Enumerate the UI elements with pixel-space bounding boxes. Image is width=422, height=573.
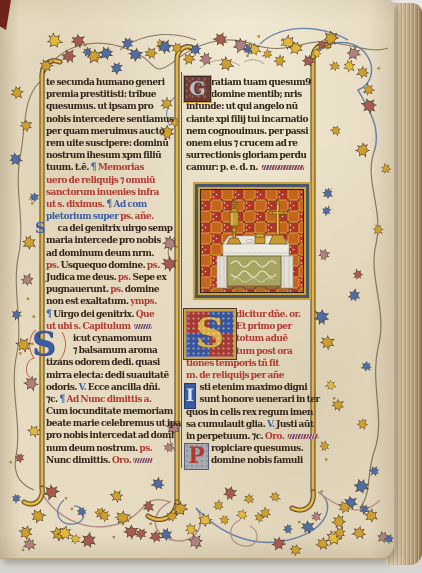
- text-line: nostrum ihesum xpm filiū: [46, 150, 167, 162]
- text-segment: ⁊ balsamum aroma: [73, 345, 157, 356]
- text-segment: infunde: ut qui angelo nū: [186, 101, 298, 112]
- initial-letter: S: [196, 310, 225, 357]
- initial-letter: G: [189, 78, 205, 100]
- text-segment: mirra electa: dedi suauitatē: [46, 370, 169, 381]
- text-segment: Uirgo dei genitrix.: [52, 309, 136, 320]
- text-line: ciante xpi filij tui incarnatio: [186, 114, 307, 126]
- text-line: ut s. diximus. ¶ Ad com: [46, 199, 167, 211]
- text-segment: per quam meruimus aucto: [46, 126, 164, 137]
- text-line: infunde: ut qui angelo nū: [186, 101, 307, 113]
- text-segment: Oro.: [265, 431, 286, 442]
- text-line: sanctorum inuenies infra: [46, 187, 167, 199]
- text-line: pletorium super ps. añe.: [46, 211, 167, 223]
- line-filler: [262, 165, 304, 170]
- text-line: nobis intercedere sentiamus: [46, 114, 167, 126]
- text-line: per quam meruimus aucto: [46, 126, 167, 138]
- text-line: quesumus. ut ipsam pro: [46, 101, 167, 113]
- text-segment: Ad Nunc dimittis a.: [65, 394, 152, 405]
- initial-P-propiciare: P: [184, 443, 209, 470]
- initial-letter: P: [188, 443, 205, 469]
- text-line: ca dei genitrix uirgo semp: [46, 223, 167, 235]
- text-segment: icut cynamomum: [73, 333, 152, 344]
- text-segment: sti etenim maximo digni: [199, 382, 307, 393]
- text-line: nem cognouimus. per passi: [186, 126, 307, 138]
- text-segment: te secunda humano generi: [46, 77, 165, 88]
- text-line: maria intercede pro nobis: [46, 235, 167, 247]
- text-line: ⁊ balsamum aroma: [46, 345, 167, 357]
- text-segment: ropiciare quesumus.: [211, 443, 303, 454]
- text-segment: ps.: [46, 260, 61, 271]
- text-line: odoris. V. Ecce ancilla dñi.: [46, 382, 167, 394]
- text-segment: nem cognouimus. per passi: [186, 126, 308, 137]
- text-segment: Sepe ex: [132, 272, 166, 283]
- text-line: Cum iocunditate memoriam: [46, 406, 167, 418]
- text-segment: ad dominum deum nrm.: [46, 248, 154, 259]
- initial-I-isti: I: [184, 383, 196, 409]
- text-segment: m. de reliquijs per añe: [186, 370, 284, 381]
- text-segment: sunt honore uenerari in ter: [199, 394, 319, 405]
- text-segment: Justi aūt: [276, 419, 313, 430]
- text-segment: ps.: [118, 272, 133, 283]
- text-segment: premia prestitisti: tribue: [46, 89, 156, 100]
- text-segment: quesumus. ut ipsam pro: [46, 101, 153, 112]
- text-line: pugnauerunt. ps. domine: [46, 284, 167, 296]
- text-segment: ymps.: [130, 296, 157, 307]
- text-segment: quos in celis rex regum imen: [186, 407, 313, 418]
- manuscript-page: te secunda humano generipremia prestitis…: [0, 0, 394, 559]
- text-segment: ut s. diximus.: [46, 199, 106, 210]
- text-segment: uero de reliquijs ⁊ omniū: [46, 175, 155, 186]
- text-line: sa cumulauit glia. V. Justi aūt: [186, 419, 307, 431]
- text-segment: dicitur dñe. or.: [236, 309, 301, 320]
- text-segment: pletorium super: [46, 211, 120, 222]
- text-line: non est exaltatum. ymps.: [46, 296, 167, 308]
- text-segment: in perpetuum. ⁊c.: [186, 431, 265, 442]
- text-segment: ca dei genitrix uirgo semp: [58, 223, 173, 234]
- text-line: icut cynamomum: [46, 333, 167, 345]
- line-filler: [288, 434, 319, 439]
- altar-miniature: [193, 182, 311, 300]
- text-segment: tum post ora: [236, 346, 292, 357]
- text-segment: Usquequo domine.: [61, 260, 147, 271]
- initial-letter: S: [35, 219, 46, 237]
- text-segment: ratiam tuam quesum9: [211, 77, 311, 88]
- text-segment: Nunc dimittis.: [46, 455, 112, 466]
- text-line: sti etenim maximo digni: [186, 382, 307, 394]
- text-segment: odoris.: [46, 382, 79, 393]
- text-column-left: te secunda humano generipremia prestitis…: [46, 77, 172, 467]
- text-line: Judica me deus. ps. Sepe ex: [46, 272, 167, 284]
- text-line: ut ubi s. Capitulum: [46, 321, 167, 333]
- text-segment: Que: [136, 309, 155, 320]
- text-segment: non est exaltatum.: [46, 296, 130, 307]
- text-segment: Cum iocunditate memoriam: [46, 406, 173, 417]
- text-line: camur: p. e. d. n.: [186, 162, 307, 174]
- text-segment: surrectionis gloriam perdu: [186, 150, 306, 161]
- text-line: tuum. t.ē. ¶ Memorias: [46, 162, 167, 174]
- initial-S-sancta: S: [35, 221, 46, 236]
- text-segment: onem eius ⁊ crucem ad re: [186, 138, 297, 149]
- text-segment: Oro.: [112, 455, 131, 466]
- text-line: tizans odorem dedi. quasi: [46, 357, 167, 369]
- text-segment: ⁊c.: [46, 394, 59, 405]
- text-segment: beate marie celebremus ut ipa: [46, 418, 181, 429]
- text-segment: Ecce ancilla dñi.: [88, 382, 160, 393]
- illuminated-initial-G: G: [184, 76, 211, 102]
- text-line: in perpetuum. ⁊c. Oro.: [186, 431, 307, 443]
- text-segment: pugnauerunt.: [46, 284, 110, 295]
- text-segment: num deum nostrum.: [46, 443, 139, 454]
- text-segment: nobis intercedere sentiamus: [46, 114, 174, 125]
- text-line: te secunda humano generi: [46, 77, 167, 89]
- text-line: ps. Usquequo domine. ps.: [46, 260, 167, 272]
- text-segment: tizans odorem dedi. quasi: [46, 357, 160, 368]
- text-line: sunt honore uenerari in ter: [186, 394, 307, 406]
- text-segment: domine: [125, 284, 159, 295]
- manuscript-photo: te secunda humano generipremia prestitis…: [0, 0, 422, 573]
- initial-S-sicut: S: [32, 327, 56, 360]
- illuminated-initial-S-gold: S: [184, 309, 236, 359]
- text-segment: tiones temporis tñ fit: [186, 358, 279, 369]
- text-segment: tuum. t.ē.: [46, 162, 91, 173]
- text-segment: sanctorum inuenies infra: [46, 187, 159, 198]
- text-line: ⁊c. ¶ Ad Nunc dimittis a.: [46, 394, 167, 406]
- initial-letter: I: [186, 386, 194, 406]
- text-segment: ps. añe.: [120, 211, 154, 222]
- initial-letter: S: [32, 324, 56, 363]
- text-line: surrectionis gloriam perdu: [186, 150, 307, 162]
- line-filler: [134, 324, 151, 329]
- text-segment: ut ubi s. Capitulum: [46, 321, 132, 332]
- text-line: onem eius ⁊ crucem ad re: [186, 138, 307, 150]
- text-line: num deum nostrum. ps.: [46, 443, 167, 455]
- line-filler: [133, 458, 152, 463]
- text-line: quos in celis rex regum imen: [186, 407, 307, 419]
- text-segment: ps.: [139, 443, 152, 454]
- text-line: uero de reliquijs ⁊ omniū: [46, 175, 167, 187]
- text-segment: totum aduē: [236, 333, 288, 344]
- text-line: Nunc dimittis. Oro.: [46, 455, 167, 467]
- text-segment: domine nobis famuli: [211, 455, 303, 466]
- text-line: premia prestitisti: tribue: [46, 89, 167, 101]
- text-line: m. de reliquijs per añe: [186, 370, 307, 382]
- text-line: mirra electa: dedi suauitatē: [46, 370, 167, 382]
- text-segment: domine mentib; nris: [211, 89, 302, 100]
- text-segment: ps.: [110, 284, 125, 295]
- text-segment: Memorias: [96, 162, 144, 173]
- text-line: beate marie celebremus ut ipa: [46, 418, 167, 430]
- text-segment: maria intercede pro nobis: [46, 235, 161, 246]
- text-segment: Et primo per: [236, 321, 292, 332]
- text-line: tiones temporis tñ fit: [186, 358, 307, 370]
- text-line: ¶ Uirgo dei genitrix. Que: [46, 309, 167, 321]
- text-segment: ps.: [147, 260, 160, 271]
- text-segment: Judica me deus.: [46, 272, 118, 283]
- text-line: pro nobis intercedat ad domi: [46, 430, 167, 442]
- text-segment: rem uite suscipere: dominū: [46, 138, 168, 149]
- text-segment: ciante xpi filij tui incarnatio: [186, 114, 308, 125]
- text-segment: pro nobis intercedat ad domi: [46, 430, 174, 441]
- text-segment: camur: p. e. d. n.: [186, 162, 260, 173]
- text-line: rem uite suscipere: dominū: [46, 138, 167, 150]
- text-segment: sa cumulauit glia.: [186, 419, 267, 430]
- text-segment: V.: [267, 419, 276, 430]
- text-segment: nostrum ihesum xpm filiū: [46, 150, 161, 161]
- text-line: ad dominum deum nrm.: [46, 248, 167, 260]
- text-segment: Ad com: [112, 199, 147, 210]
